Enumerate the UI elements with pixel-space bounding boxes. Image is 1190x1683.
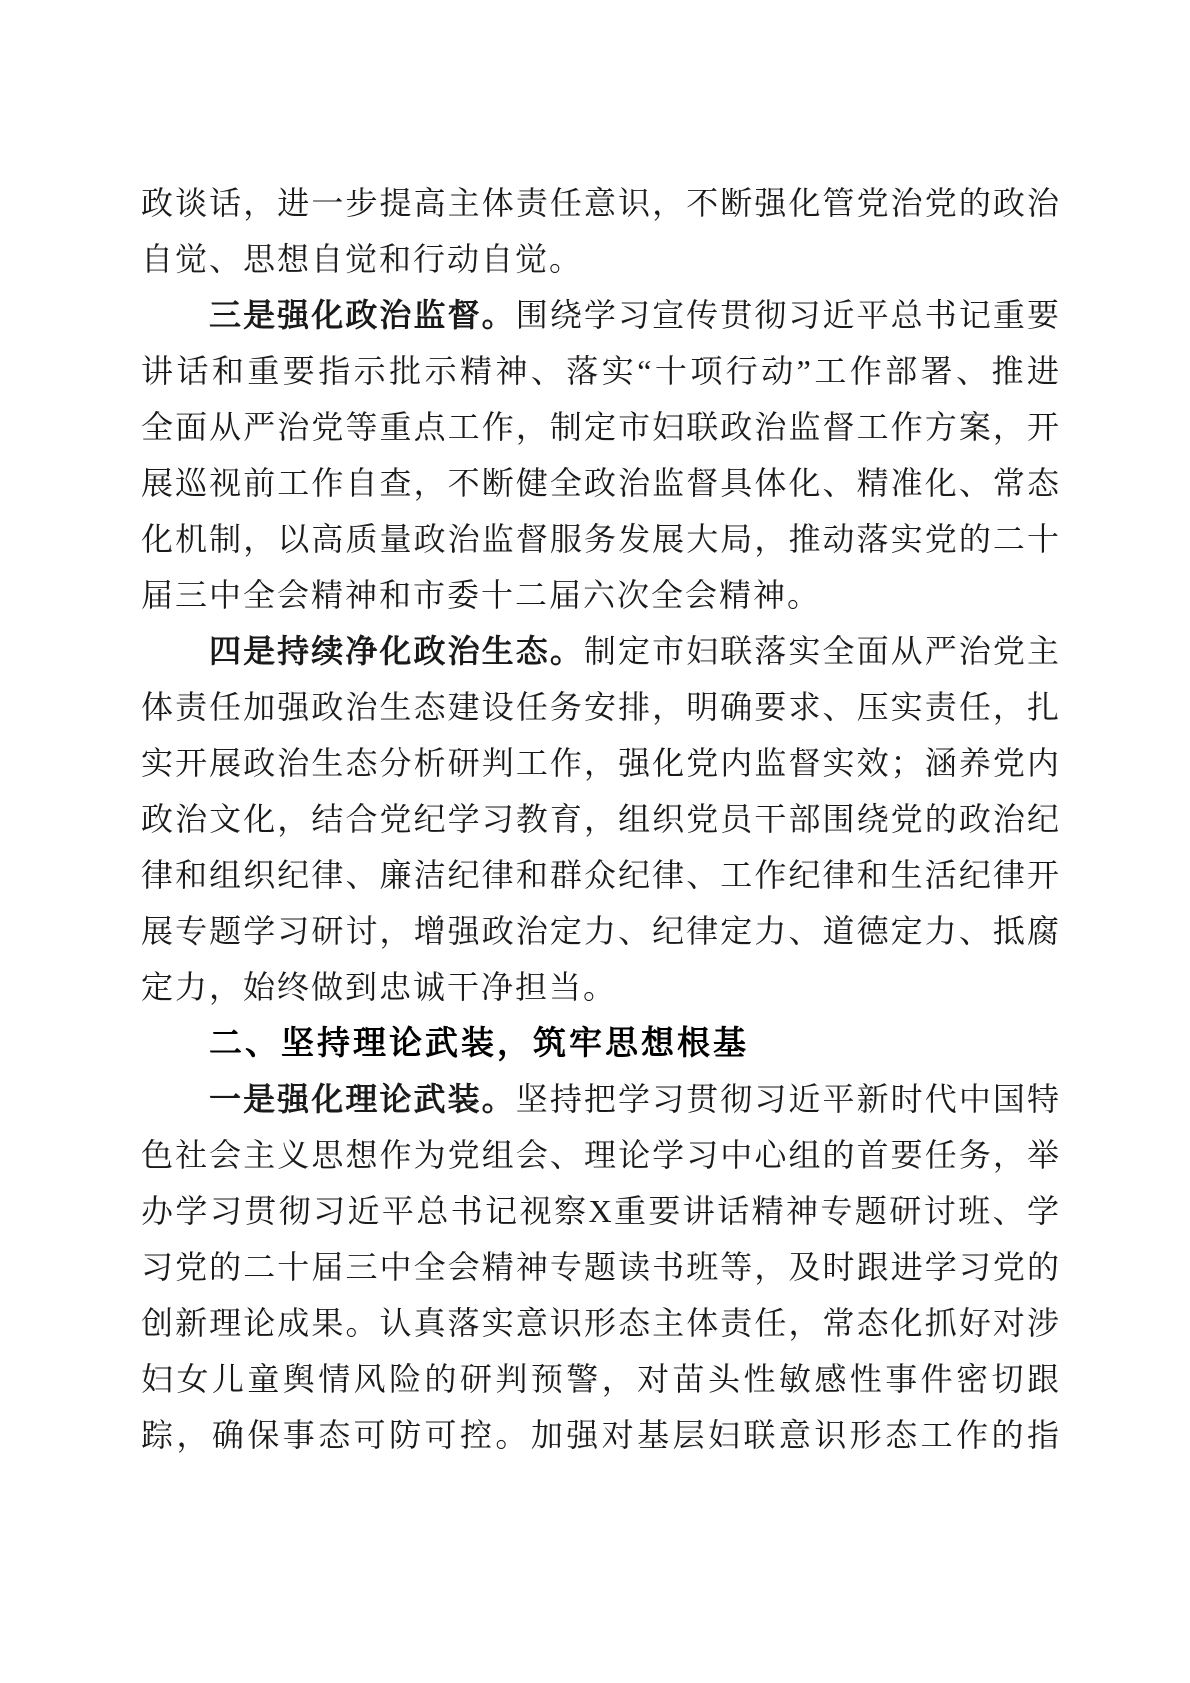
text-block: 政谈话，进一步提高主体责任意识，不断强化管党治党的政治自觉、思想自觉和行动自觉。… [141,175,1059,1463]
body-text: 踪，确保事态可防可控。加强对基层妇联意识形态工作的指 [141,1417,1059,1453]
body-text: 习党的二十届三中全会精神专题读书班等，及时跟进学习党的 [141,1249,1059,1285]
text-line: 习党的二十届三中全会精神专题读书班等，及时跟进学习党的 [141,1239,1059,1295]
text-line: 实开展政治生态分析研判工作，强化党内监督实效；涵养党内 [141,735,1059,791]
body-text: 色社会主义思想作为党组会、理论学习中心组的首要任务，举 [141,1137,1059,1173]
text-line: 创新理论成果。认真落实意识形态主体责任，常态化抓好对涉 [141,1295,1059,1351]
paragraph-lead-emphasis: 一是强化理论武装。 [209,1081,516,1117]
text-line: 自觉、思想自觉和行动自觉。 [141,231,1059,287]
body-text: 展专题学习研讨，增强政治定力、纪律定力、道德定力、抵腐 [141,913,1059,949]
text-line: 届三中全会精神和市委十二届六次全会精神。 [141,567,1059,623]
section-heading-line: 二、坚持理论武装，筑牢思想根基 [141,1015,1059,1071]
body-text: 定力，始终做到忠诚干净担当。 [141,969,617,1005]
body-text: 实开展政治生态分析研判工作，强化党内监督实效；涵养党内 [141,745,1059,781]
body-text: 展巡视前工作自查，不断健全政治监督具体化、精准化、常态 [141,465,1059,501]
body-text: 制定市妇联落实全面从严治党主 [584,633,1059,669]
body-text: 创新理论成果。认真落实意识形态主体责任，常态化抓好对涉 [141,1305,1059,1341]
text-line: 律和组织纪律、廉洁纪律和群众纪律、工作纪律和生活纪律开 [141,847,1059,903]
text-line: 政治文化，结合党纪学习教育，组织党员干部围绕党的政治纪 [141,791,1059,847]
paragraph-lead-emphasis: 三是强化政治监督。 [209,297,516,333]
text-line: 踪，确保事态可防可控。加强对基层妇联意识形态工作的指 [141,1407,1059,1463]
body-text: 围绕学习宣传贯彻习近平总书记重要 [516,297,1059,333]
body-text: 妇女儿童舆情风险的研判预警，对苗头性敏感性事件密切跟 [141,1361,1059,1397]
paragraph-lead-emphasis: 四是持续净化政治生态。 [209,633,584,669]
text-line: 四是持续净化政治生态。制定市妇联落实全面从严治党主 [141,623,1059,679]
text-line: 色社会主义思想作为党组会、理论学习中心组的首要任务，举 [141,1127,1059,1183]
body-text: 讲话和重要指示批示精神、落实“十项行动”工作部署、推进 [141,353,1059,389]
body-text: 化机制，以高质量政治监督服务发展大局，推动落实党的二十 [141,521,1059,557]
text-line: 展巡视前工作自查，不断健全政治监督具体化、精准化、常态 [141,455,1059,511]
text-line: 妇女儿童舆情风险的研判预警，对苗头性敏感性事件密切跟 [141,1351,1059,1407]
body-text: 自觉、思想自觉和行动自觉。 [141,241,583,277]
text-line: 讲话和重要指示批示精神、落实“十项行动”工作部署、推进 [141,343,1059,399]
text-line: 政谈话，进一步提高主体责任意识，不断强化管党治党的政治 [141,175,1059,231]
document-page: 政谈话，进一步提高主体责任意识，不断强化管党治党的政治自觉、思想自觉和行动自觉。… [0,0,1190,1683]
body-text: 届三中全会精神和市委十二届六次全会精神。 [141,577,821,613]
text-line: 化机制，以高质量政治监督服务发展大局，推动落实党的二十 [141,511,1059,567]
body-text: 政治文化，结合党纪学习教育，组织党员干部围绕党的政治纪 [141,801,1059,837]
section-heading-text: 二、坚持理论武装，筑牢思想根基 [209,1024,749,1061]
body-text: 办学习贯彻习近平总书记视察X重要讲话精神专题研讨班、学 [141,1193,1059,1229]
text-line: 全面从严治党等重点工作，制定市妇联政治监督工作方案，开 [141,399,1059,455]
text-line: 办学习贯彻习近平总书记视察X重要讲话精神专题研讨班、学 [141,1183,1059,1239]
text-line: 定力，始终做到忠诚干净担当。 [141,959,1059,1015]
text-line: 体责任加强政治生态建设任务安排，明确要求、压实责任，扎 [141,679,1059,735]
body-text: 坚持把学习贯彻习近平新时代中国特 [516,1081,1059,1117]
text-line: 一是强化理论武装。坚持把学习贯彻习近平新时代中国特 [141,1071,1059,1127]
text-line: 展专题学习研讨，增强政治定力、纪律定力、道德定力、抵腐 [141,903,1059,959]
body-text: 律和组织纪律、廉洁纪律和群众纪律、工作纪律和生活纪律开 [141,857,1059,893]
body-text: 全面从严治党等重点工作，制定市妇联政治监督工作方案，开 [141,409,1059,445]
body-text: 体责任加强政治生态建设任务安排，明确要求、压实责任，扎 [141,689,1059,725]
body-text: 政谈话，进一步提高主体责任意识，不断强化管党治党的政治 [141,185,1059,221]
text-line: 三是强化政治监督。围绕学习宣传贯彻习近平总书记重要 [141,287,1059,343]
